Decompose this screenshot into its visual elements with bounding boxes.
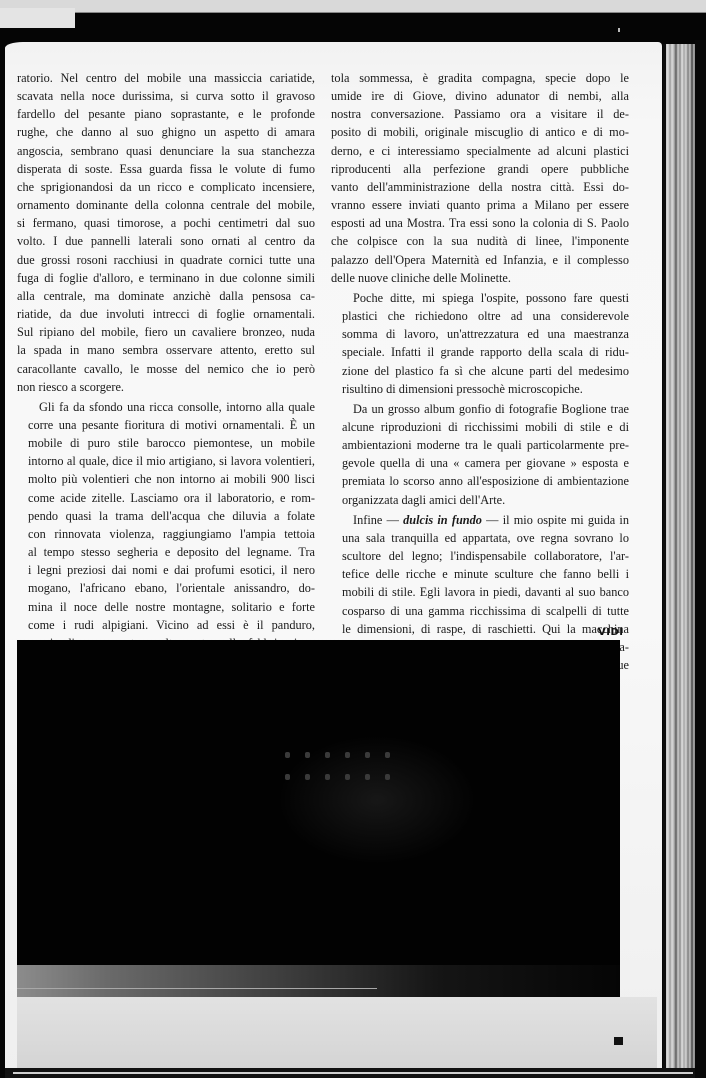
paragraph: tola sommessa, è gradita compagna, speci… xyxy=(331,69,629,287)
scan-right-border xyxy=(695,40,706,1078)
text-line: vranno essere inviati quanto prima a Mil… xyxy=(331,196,629,214)
text-line: mina il noce delle nostre montagne, soli… xyxy=(17,598,315,616)
scan-corner-tab xyxy=(0,8,75,28)
text-line: Da un grosso album gonfio di fotografie … xyxy=(331,400,629,418)
text-line: alcune riproduzioni di ricchissimi mobil… xyxy=(331,418,629,436)
text-line: Gli fa da sfondo una ricca consolle, int… xyxy=(17,398,315,416)
right-text-column: tola sommessa, è gradita compagna, speci… xyxy=(331,69,629,692)
text-line: somma di lavoro, un'attrezzatura ed una … xyxy=(331,325,629,343)
text-line: vanto dell'amministrazione della nostra … xyxy=(331,178,629,196)
furniture-photograph xyxy=(17,640,620,997)
text-line: che sprigionandosi da un ricco e complic… xyxy=(17,178,315,196)
drawer-knob xyxy=(385,774,390,780)
text-line: esposti ad una Mostra. Tra essi sono la … xyxy=(331,214,629,232)
text-line: zione del plastico fa sì che alcune part… xyxy=(331,362,629,380)
text-line: riproducenti alla perfezione grandi oper… xyxy=(331,160,629,178)
text-line: intorno al quale, dice il mio artigiano,… xyxy=(17,452,315,470)
text-line: Poche ditte, mi spiega l'ospite, possono… xyxy=(331,289,629,307)
scan-speck xyxy=(618,28,620,32)
text-line: posito di mobili, originale miscuglio di… xyxy=(331,123,629,141)
drawer-knob xyxy=(345,774,350,780)
text-line: scultore del legno; l'indispensabile col… xyxy=(331,547,629,565)
text-line: che colpisce con la sua nudità di linee,… xyxy=(331,232,629,250)
page-marker-square xyxy=(614,1037,623,1045)
scan-bottom-edge xyxy=(5,1068,695,1078)
text-line: premiata lo scorso anno all'esposizione … xyxy=(331,472,629,490)
text-line: si fermano, quasi timorose, a pochi cent… xyxy=(17,214,315,232)
book-binding-edge xyxy=(663,44,698,1078)
text-line: pendo quasi la trama dell'acqua che dilu… xyxy=(17,507,315,525)
text-line: con rinnovata violenza, raggiungiamo l'a… xyxy=(17,525,315,543)
paragraph: Da un grosso album gonfio di fotografie … xyxy=(331,400,629,509)
drawer-knob xyxy=(285,752,290,758)
text-line: speciale. Infatti il grande rapporto del… xyxy=(331,343,629,361)
text-line: fuga di foglie d'alloro, e terminano in … xyxy=(17,269,315,287)
text-line: ornamento dominante della colonna centra… xyxy=(17,196,315,214)
text-line: rughe, che danno al suo ghigno un aspett… xyxy=(17,123,315,141)
text-line: umide ire di Giove, divino adunator di n… xyxy=(331,87,629,105)
text-line: mobile di puro stile barocco piemontese,… xyxy=(17,434,315,452)
drawer-knob xyxy=(365,752,370,758)
text-line: tefice delle ricche e minute sculture ch… xyxy=(331,565,629,583)
scan-top-edge xyxy=(0,0,706,13)
drawer-knob xyxy=(385,752,390,758)
text-line: molto più volentieri che non intorno ai … xyxy=(17,470,315,488)
text-line: non riesco a scorgere. xyxy=(17,378,315,396)
drawer-knob xyxy=(285,774,290,780)
text-line: al tempo stesso segheria e deposito del … xyxy=(17,543,315,561)
author-signature: VIDI xyxy=(598,627,623,638)
text-line: una sala tranquilla ed appartata, ove re… xyxy=(331,529,629,547)
text-line: angoscia, sembrano quasi denunciare la s… xyxy=(17,142,315,160)
text-line: alla centrale, ma dominate anzichè dalla… xyxy=(17,287,315,305)
text-line: mogano, l'africano ebano, l'orientale an… xyxy=(17,579,315,597)
text-line: fardello del pesante piano soprastante, … xyxy=(17,105,315,123)
text-line: organizzata dagli amici dell'Arte. xyxy=(331,491,629,509)
text-line: i legni preziosi dai nomi e dai profumi … xyxy=(17,561,315,579)
drawer-knob xyxy=(305,774,310,780)
text-line: derno, e ci interessiamo specialmente ad… xyxy=(331,142,629,160)
left-text-column: ratorio. Nel centro del mobile una massi… xyxy=(17,69,315,706)
text-line: due grossi rosoni racchiusi in quadrate … xyxy=(17,251,315,269)
photo-floor xyxy=(17,965,620,997)
latin-phrase: dulcis in fundo xyxy=(403,513,482,527)
paragraph: ratorio. Nel centro del mobile una massi… xyxy=(17,69,315,396)
text-line: nostra conversazione. Passiamo ora a vis… xyxy=(331,105,629,123)
paragraph: Poche ditte, mi spiega l'ospite, possono… xyxy=(331,289,629,398)
drawer-knob xyxy=(325,752,330,758)
text-line: plastici che richiedono oltre ad una con… xyxy=(331,307,629,325)
page-bottom-margin xyxy=(17,997,657,1069)
text-line: disperata di soste. Essa guarda fissa le… xyxy=(17,160,315,178)
text-line: Sul ripiano del mobile, fiero un cavalie… xyxy=(17,323,315,341)
text-line: ambientazioni moderne tra le quali parti… xyxy=(331,436,629,454)
text-line: le dimensioni, di raspe, di raschietti. … xyxy=(331,620,629,638)
text-line: caracollante cavallo, le mosse del nemic… xyxy=(17,360,315,378)
text-line: tola sommessa, è gradita compagna, speci… xyxy=(331,69,629,87)
text-line: ratorio. Nel centro del mobile una massi… xyxy=(17,69,315,87)
text-line: delle nuove cliniche delle Molinette. xyxy=(331,269,629,287)
text-line: la spada in mano sembra osservare attent… xyxy=(17,341,315,359)
text-line: riatide, da due involuti intrecci di fog… xyxy=(17,305,315,323)
text-line: come i rudi alpigiani. Vicino ad essi è … xyxy=(17,616,315,634)
text-line: palazzo dell'Opera Maternità ed Infanzia… xyxy=(331,251,629,269)
photo-floor-line xyxy=(17,988,377,989)
text-line: mobili di stile. Egli lavora in piedi, d… xyxy=(331,583,629,601)
drawer-knob xyxy=(345,752,350,758)
text-line: cosparso di una gamma ricchissima di sca… xyxy=(331,602,629,620)
text-line: risultino di dimensioni pressochè micros… xyxy=(331,380,629,398)
text-line: gevole quella di una « camera per giovan… xyxy=(331,454,629,472)
text-line: come acide zitelle. Lasciamo ora il labo… xyxy=(17,489,315,507)
drawer-knob xyxy=(325,774,330,780)
text-line: scavata nella noce durissima, si curva s… xyxy=(17,87,315,105)
drawer-knob xyxy=(305,752,310,758)
text-line: Infine — dulcis in fundo — il mio ospite… xyxy=(331,511,629,529)
text-line: volto. I due pannelli laterali sono orna… xyxy=(17,232,315,250)
text-line: corre una pesante fioritura di motivi or… xyxy=(17,416,315,434)
drawer-knob xyxy=(365,774,370,780)
